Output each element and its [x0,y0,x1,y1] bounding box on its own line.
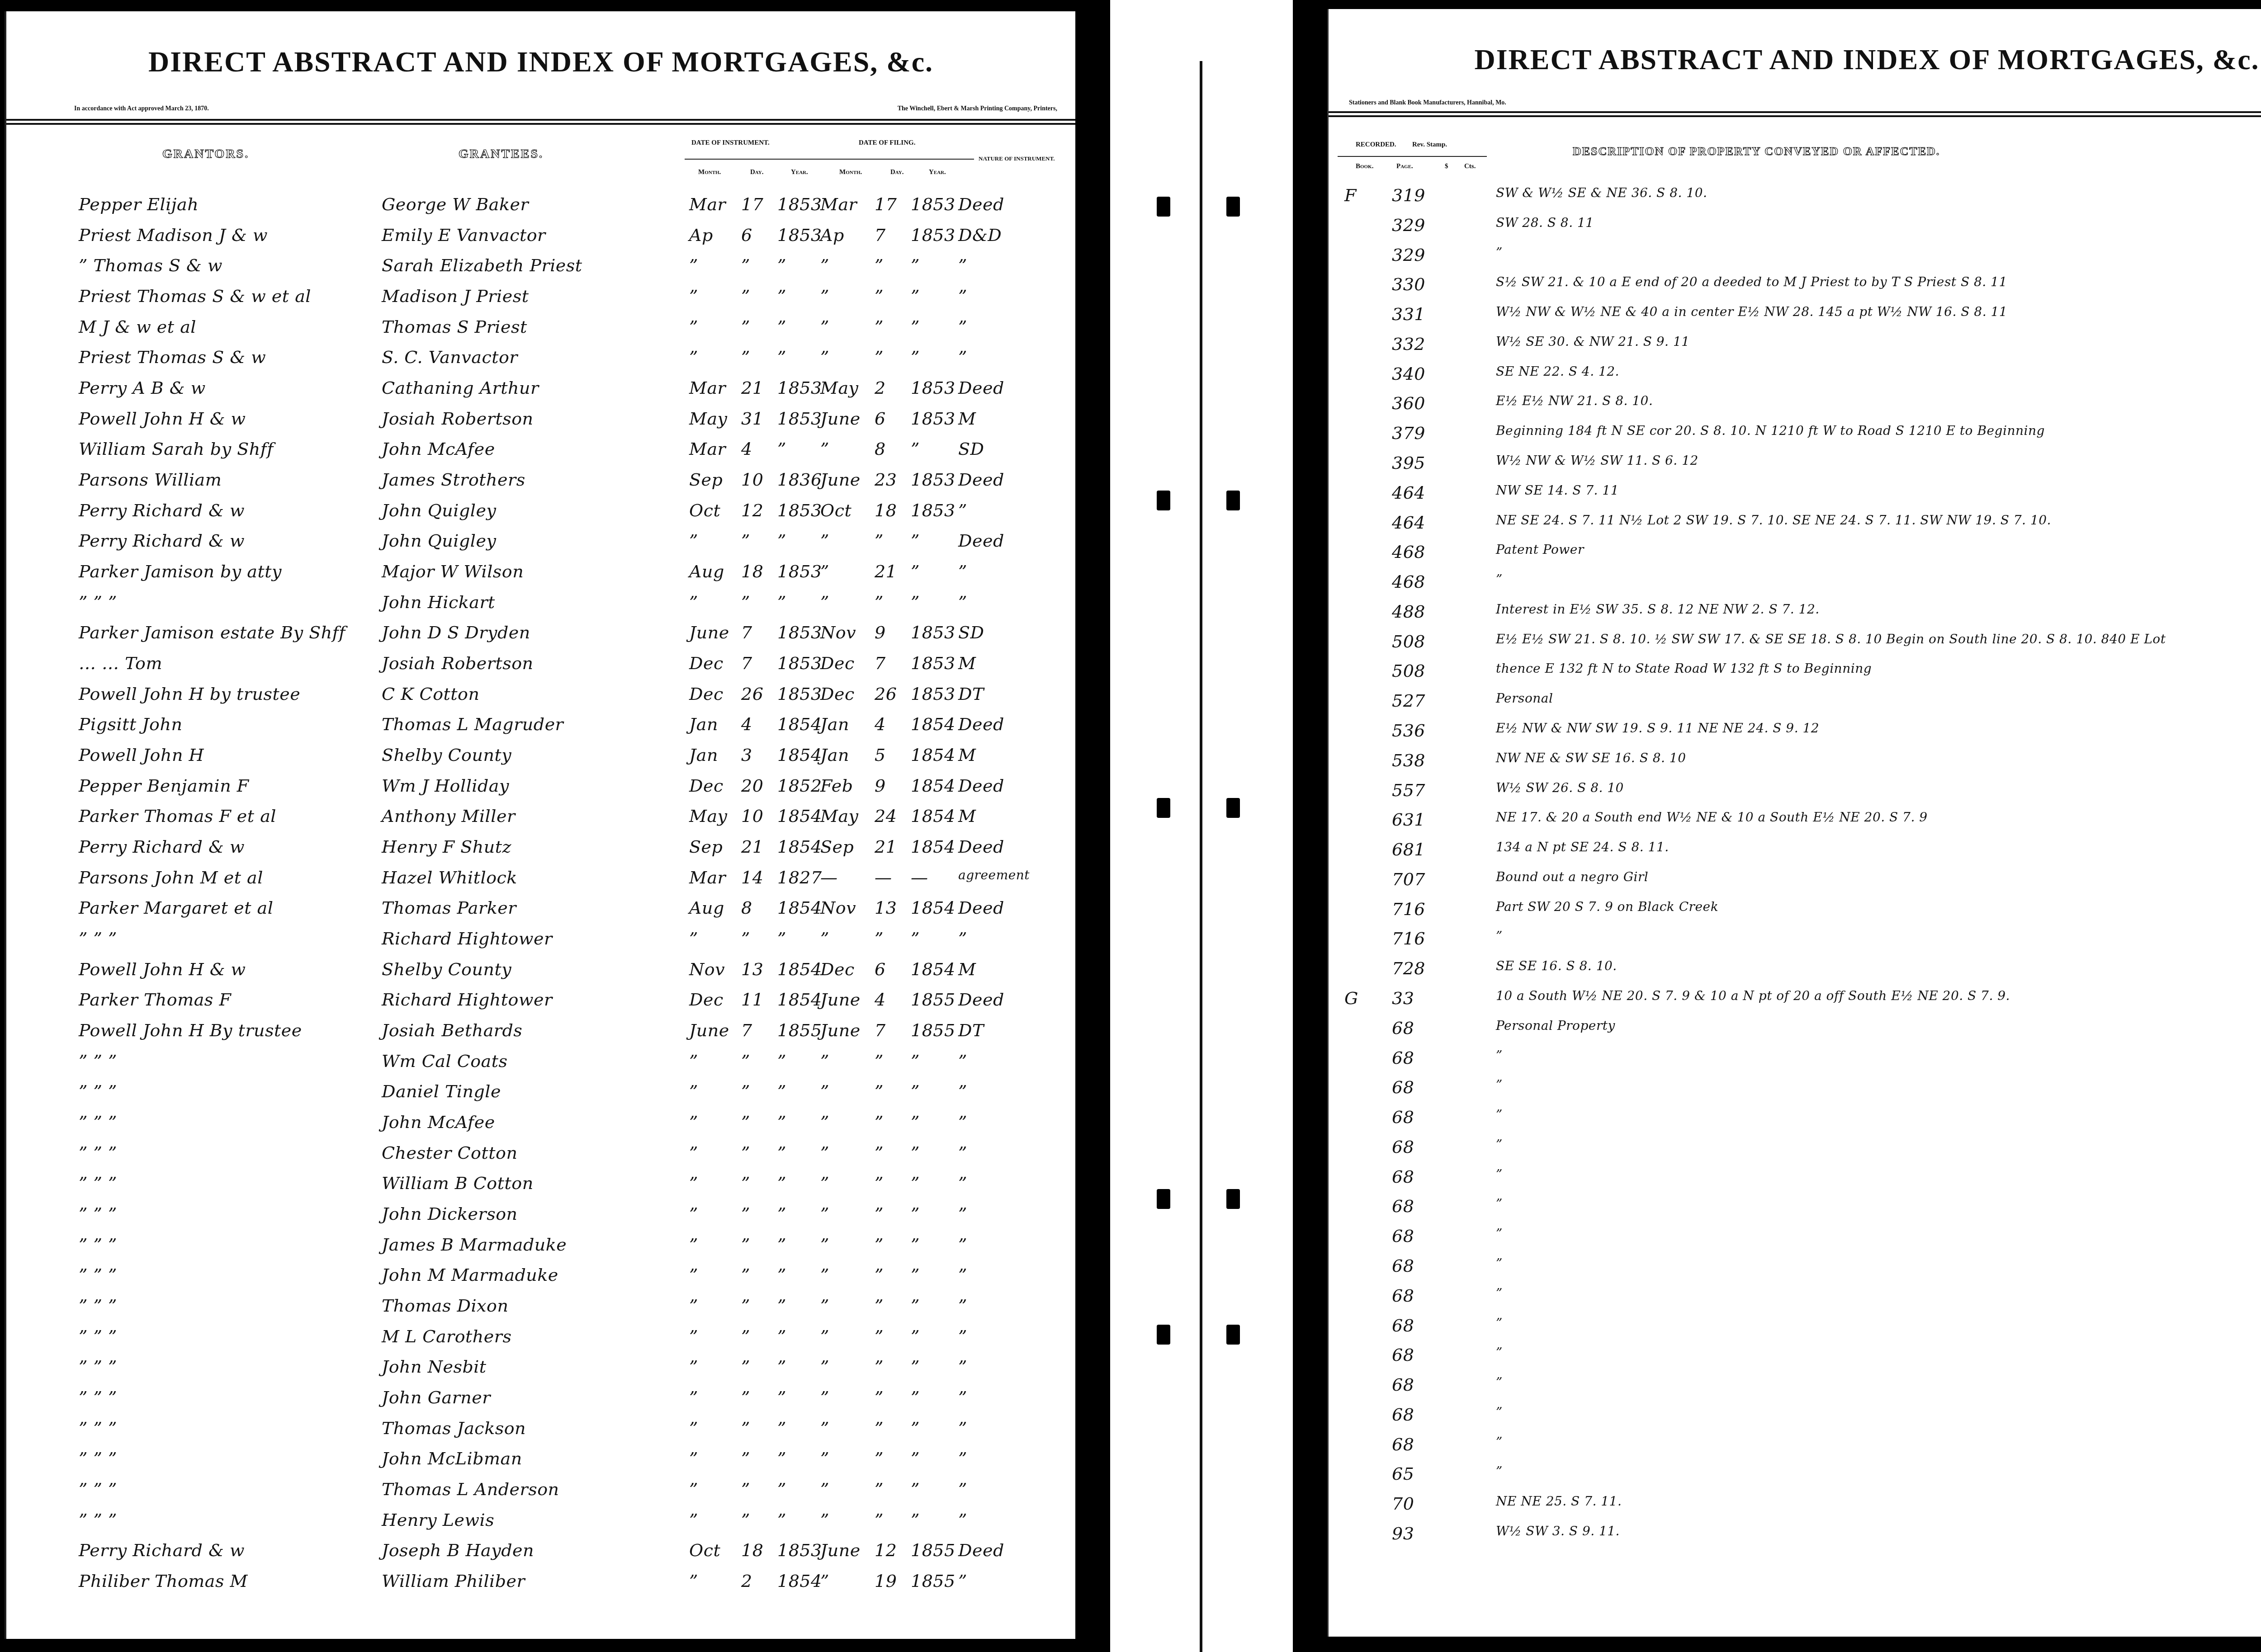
inst-year-cell: ” [777,1204,786,1224]
file-year-cell: ” [911,1510,920,1530]
table-row: Pigsitt JohnThomas L MagruderJan41854Jan… [6,714,1075,741]
file-year-cell: 1853 [911,225,955,245]
inst-day-cell: ” [741,1388,750,1407]
inst-day-cell: 7 [741,623,752,642]
table-row: 707Bound out a negro Girl [1329,869,2261,897]
file-month-cell: June [820,990,861,1010]
nature-cell: DT [958,684,984,704]
file-year-cell: ” [911,1235,920,1255]
file-month-cell: ” [820,1326,829,1346]
table-row: 68” [1329,1167,2261,1194]
file-day-cell: ” [875,929,884,949]
inst-year-cell: 1852 [777,776,822,796]
nature-cell: SD [958,623,984,642]
table-row: 330S½ SW 21. & 10 a E end of 20 a deeded… [1329,274,2261,302]
binding-hole [1157,1189,1170,1209]
inst-year-cell: ” [777,1510,786,1530]
grantee-cell: Josiah Robertson [382,409,534,429]
inst-month-cell: Jan [689,714,718,734]
table-row: 70NE NE 25. S 7. 11. [1329,1494,2261,1521]
table-row: ” ” ”William B Cotton””””””” [6,1173,1075,1200]
file-month-cell: ” [820,1418,829,1438]
nature-cell: ” [958,1112,967,1132]
file-month-cell: ” [820,1235,829,1255]
description-cell: NE NE 25. S 7. 11. [1496,1494,1622,1509]
file-year-cell: — [911,868,928,887]
file-day-cell: ” [875,1479,884,1499]
grantee-cell: James Strothers [382,470,525,490]
inst-month-cell: ” [689,286,698,306]
header-rules [1329,111,2261,119]
grantee-cell: Thomas S Priest [382,317,527,337]
inst-year-cell: ” [777,1479,786,1499]
grantor-cell: Parker Jamison estate By Shff [79,623,345,642]
table-row: Perry Richard & wJohn Quigley””””””Deed [6,531,1075,558]
page-cell: 379 [1392,423,1425,443]
grantee-cell: George W Baker [382,194,529,214]
page-cell: 65 [1392,1464,1414,1484]
file-day-cell: ” [875,1112,884,1132]
grantor-cell: Philiber Thomas M [79,1571,248,1591]
inst-year-cell: ” [777,439,786,459]
inst-year-cell: ” [777,1235,786,1255]
inst-day-cell: ” [741,1051,750,1071]
inst-month-cell: ” [689,1479,698,1499]
file-month-cell: ” [820,317,829,337]
page-cell: 68 [1392,1405,1414,1425]
page-cell: 468 [1392,542,1425,562]
file-month-cell: Mar [820,194,857,214]
table-row: Priest Thomas S & w et alMadison J Pries… [6,286,1075,313]
grantor-cell: ” ” ” [79,592,117,612]
inst-year-cell: 1853 [777,623,822,642]
inst-year-cell: 1836 [777,470,822,490]
inst-month-cell: Mar [689,378,726,398]
page-header: Page. [1396,163,1413,170]
description-cell: SW & W½ SE & NE 36. S 8. 10. [1496,185,1707,200]
inst-year-cell: ” [777,1143,786,1163]
inst-year-cell: 1853 [777,500,822,520]
file-day-cell: 5 [875,745,886,765]
grantor-cell: Pigsitt John [79,714,182,734]
grantor-cell: Pepper Benjamin F [79,776,249,796]
table-row: ” ” ”Chester Cotton””””””” [6,1143,1075,1170]
grantor-cell: Powell John H [79,745,204,765]
inst-year-cell: ” [777,1388,786,1407]
header-rules [6,119,1075,127]
inst-day-cell: 17 [741,194,763,214]
table-row: ” ” ”Wm Cal Coats””””””” [6,1051,1075,1078]
table-row: M J & w et alThomas S Priest””””””” [6,317,1075,344]
table-row: 360E½ E½ NW 21. S 8. 10. [1329,393,2261,420]
inst-year-cell: 1854 [777,898,822,918]
description-cell: ” [1496,1405,1503,1420]
file-day-cell: ” [875,1296,884,1316]
grantee-cell: John Nesbit [382,1357,487,1377]
table-row: ” ” ”John Hickart””””””” [6,592,1075,619]
inst-year-cell: 1853 [777,653,822,673]
grantor-cell: Parker Thomas F et al [79,806,276,826]
nature-cell: ” [958,1449,967,1468]
grantee-cell: Josiah Bethards [382,1020,522,1040]
file-year-cell: 1855 [911,1020,955,1040]
file-day-cell: 18 [875,500,897,520]
file-month-cell: Jan [820,745,849,765]
inst-day-cell: ” [741,255,750,275]
file-day-cell: ” [875,1449,884,1468]
grantor-cell: ” ” ” [79,1357,117,1377]
description-cell: ” [1496,1048,1503,1063]
description-cell: E½ E½ NW 21. S 8. 10. [1496,393,1653,408]
inst-year-cell: 1827 [777,868,822,887]
file-year-cell: 1855 [911,1540,955,1560]
date-of-filing-header: DATE OF FILING. [859,139,915,147]
file-year-cell: 1853 [911,409,955,429]
inst-month-cell: Aug [689,898,724,918]
table-row: 68” [1329,1048,2261,1075]
inst-day-cell: ” [741,286,750,306]
file-day-cell: 26 [875,684,897,704]
file-day-cell: 23 [875,470,897,490]
file-year-cell: ” [911,1173,920,1193]
binding-hole [1226,798,1240,818]
file-year-cell: ” [911,1357,920,1377]
page-cell: 464 [1392,483,1425,503]
page-cell: 70 [1392,1494,1414,1514]
table-row: G3310 a South W½ NE 20. S 7. 9 & 10 a N … [1329,988,2261,1015]
left-imprint-act: In accordance with Act approved March 23… [74,105,209,113]
page-cell: 68 [1392,1048,1414,1068]
file-day-cell: 17 [875,194,897,214]
inst-month-cell: May [689,806,728,826]
inst-day-cell: ” [741,1081,750,1101]
table-row: 557W½ SW 26. S 8. 10 [1329,780,2261,807]
description-cell: Part SW 20 S 7. 9 on Black Creek [1496,899,1718,914]
binding-hole [1226,1189,1240,1209]
inst-month-cell: May [689,409,728,429]
file-year-cell: ” [911,286,920,306]
page-cell: 68 [1392,1375,1414,1395]
grantor-cell: ” ” ” [79,1326,117,1346]
file-day-cell: 21 [875,837,897,857]
inst-year-cell: ” [777,255,786,275]
inst-year-cell: 1853 [777,1540,822,1560]
table-row: 68” [1329,1375,2261,1402]
description-cell: W½ NW & W½ SW 11. S 6. 12 [1496,453,1698,468]
inst-month-cell: ” [689,592,698,612]
description-cell: ” [1496,1345,1503,1360]
binding-hole [1226,197,1240,217]
file-month-cell: ” [820,1051,829,1071]
table-row: 68” [1329,1256,2261,1283]
description-cell: W½ SW 3. S 9. 11. [1496,1524,1620,1539]
grantee-cell: William B Cotton [382,1173,534,1193]
page-cell: 631 [1392,810,1425,830]
file-month-cell: ” [820,1112,829,1132]
grantee-cell: John Quigley [382,531,496,551]
nature-cell: ” [958,562,967,581]
file-day-cell: 6 [875,409,886,429]
file-day-cell: ” [875,317,884,337]
inst-day-cell: 7 [741,653,752,673]
table-row: ” Thomas S & wSarah Elizabeth Priest””””… [6,255,1075,283]
nature-cell: Deed [958,990,1004,1010]
grantor-cell: ” ” ” [79,1265,117,1285]
inst-day-cell: ” [741,592,750,612]
page-cell: 707 [1392,869,1425,889]
table-row: Perry Richard & wJohn QuigleyOct121853Oc… [6,500,1075,528]
file-month-cell: Ap [820,225,844,245]
date-divider [685,159,974,160]
table-row: ” ” ”Daniel Tingle””””””” [6,1081,1075,1109]
file-year-cell: 1853 [911,684,955,704]
inst-year-cell: ” [777,531,786,551]
file-day-cell: 2 [875,378,886,398]
table-row: 536E½ NW & NW SW 19. S 9. 11 NE NE 24. S… [1329,721,2261,748]
description-cell: ” [1496,1107,1503,1122]
file-day-cell: 4 [875,714,886,734]
inst-year-cell: 1853 [777,225,822,245]
page-cell: 68 [1392,1167,1414,1187]
inst-year-cell: ” [777,347,786,367]
book-cell: F [1344,185,1357,205]
inst-month-cell: ” [689,255,698,275]
description-cell: ” [1496,1196,1503,1211]
table-row: 716” [1329,929,2261,956]
grantor-cell: Powell John H By trustee [79,1020,302,1040]
file-year-cell: ” [911,1265,920,1285]
inst-day-cell: ” [741,929,750,949]
description-cell: ” [1496,572,1503,587]
inst-month-cell: ” [689,1326,698,1346]
page-cell: 68 [1392,1435,1414,1454]
grantee-cell: Shelby County [382,745,511,765]
file-year-cell: ” [911,317,920,337]
table-row: F319SW & W½ SE & NE 36. S 8. 10. [1329,185,2261,212]
file-month-cell: May [820,806,859,826]
grantee-cell: James B Marmaduke [382,1235,567,1255]
file-year-cell: 1854 [911,745,955,765]
inst-year-cell: ” [777,286,786,306]
grantee-cell: Hazel Whitlock [382,868,517,887]
file-year-cell: ” [911,1143,920,1163]
grantor-cell: Parker Margaret et al [79,898,273,918]
file-month-cell: ” [820,286,829,306]
table-row: 468” [1329,572,2261,599]
inst-year-cell: ” [777,1081,786,1101]
grantor-cell: Priest Thomas S & w [79,347,266,367]
file-year-cell: ” [911,1051,920,1071]
file-month-cell: ” [820,1204,829,1224]
file-day-cell: 12 [875,1540,897,1560]
grantor-cell: M J & w et al [79,317,196,337]
inst-year-cell: 1854 [777,959,822,979]
file-month-cell: ” [820,439,829,459]
inst-month-cell: Mar [689,439,726,459]
inst-day-cell: 21 [741,837,763,857]
inst-month-cell: Mar [689,194,726,214]
nature-cell: Deed [958,1540,1004,1560]
table-row: 68” [1329,1107,2261,1134]
grantee-cell: John Dickerson [382,1204,518,1224]
description-cell: 134 a N pt SE 24. S 8. 11. [1496,840,1669,854]
grantee-cell: Anthony Miller [382,806,516,826]
file-day-cell: ” [875,1510,884,1530]
file-month-cell: June [820,1020,861,1040]
right-imprint-stationers: Stationers and Blank Book Manufacturers,… [1349,99,1506,107]
inst-month-cell: ” [689,1051,698,1071]
description-cell: ” [1496,1435,1503,1449]
inst-year-cell: 1854 [777,745,822,765]
inst-year-cell: ” [777,1357,786,1377]
nature-cell: M [958,806,976,826]
book-cell: G [1344,988,1358,1008]
inst-year-cell: ” [777,592,786,612]
table-row: ” ” ”Thomas Jackson””””””” [6,1418,1075,1445]
file-year-cell: ” [911,1388,920,1407]
nature-cell: ” [958,1081,967,1101]
inst-day-cell: ” [741,531,750,551]
inst-year-cell: 1854 [777,990,822,1010]
grantor-cell: Powell John H by trustee [79,684,300,704]
table-row: Parsons WilliamJames StrothersSep101836J… [6,470,1075,497]
page-cell: 464 [1392,513,1425,533]
table-row: Powell John H & wShelby CountyNov131854D… [6,959,1075,986]
inst-day-cell: 13 [741,959,763,979]
file-day-cell: 9 [875,776,886,796]
grantee-cell: Richard Hightower [382,929,553,949]
nature-cell: Deed [958,470,1004,490]
description-cell: NW SE 14. S 7. 11 [1496,483,1619,498]
inst-month-cell: ” [689,347,698,367]
table-row: Powell John H By trusteeJosiah BethardsJ… [6,1020,1075,1048]
page-cell: 68 [1392,1107,1414,1127]
grantee-cell: William Philiber [382,1571,525,1591]
grantor-cell: Pepper Elijah [79,194,199,214]
page-cell: 68 [1392,1345,1414,1365]
description-cell: ” [1496,245,1503,260]
table-row: 93W½ SW 3. S 9. 11. [1329,1524,2261,1551]
inst-month-cell: June [689,1020,729,1040]
inst-year-cell: 1854 [777,837,822,857]
description-cell: ” [1496,929,1503,944]
file-month-cell: ” [820,1510,829,1530]
inst-day-cell: ” [741,1449,750,1468]
grantor-cell: Parker Jamison by atty [79,562,282,581]
inst-month-cell: ” [689,1296,698,1316]
file-year-cell: 1854 [911,806,955,826]
nature-cell: Deed [958,194,1004,214]
inst-year-cell: ” [777,1173,786,1193]
inst-day-cell: 6 [741,225,752,245]
grantor-cell: ” ” ” [79,1143,117,1163]
description-cell: Personal [1496,691,1553,706]
description-cell: W½ SW 26. S 8. 10 [1496,780,1624,795]
table-row: 68” [1329,1316,2261,1343]
inst-month-cell: ” [689,317,698,337]
inst-day-cell: ” [741,347,750,367]
file-year-cell: ” [911,255,920,275]
rev-stamp-header: Rev. Stamp. [1412,141,1447,149]
inst-year-cell: ” [777,1449,786,1468]
inst-day-header: Day. [750,169,763,176]
table-row: Powell John HShelby CountyJan31854Jan518… [6,745,1075,772]
inst-day-cell: ” [741,1479,750,1499]
file-month-cell: ” [820,255,829,275]
grantee-cell: John D S Dryden [382,623,530,642]
nature-cell: Deed [958,898,1004,918]
file-month-cell: Dec [820,959,855,979]
file-day-cell: ” [875,1143,884,1163]
table-row: ” ” ”Thomas Dixon””””””” [6,1296,1075,1323]
nature-cell: ” [958,1357,967,1377]
table-row: ” ” ”John McLibman””””””” [6,1449,1075,1476]
grantee-cell: S. C. Vanvactor [382,347,518,367]
page-cell: 395 [1392,453,1425,473]
table-row: 488Interest in E½ SW 35. S 8. 12 NE NW 2… [1329,602,2261,629]
nature-cell: ” [958,1418,967,1438]
file-day-cell: ” [875,1173,884,1193]
grantees-header: GRANTEES. [459,147,544,161]
nature-cell: ” [958,500,967,520]
file-year-cell: ” [911,1449,920,1468]
table-row: 728SE SE 16. S 8. 10. [1329,958,2261,986]
nature-cell: ” [958,286,967,306]
inst-month-cell: Oct [689,1540,720,1560]
file-year-cell: ” [911,531,920,551]
dollars-header: $ [1445,163,1448,170]
grantee-cell: Wm J Holliday [382,776,509,796]
grantor-cell: … … Tom [79,653,162,673]
nature-cell: ” [958,1051,967,1071]
table-row: 68” [1329,1196,2261,1223]
file-year-cell: 1855 [911,1571,955,1591]
file-year-cell: 1853 [911,194,955,214]
inst-year-cell: ” [777,1051,786,1071]
grantor-cell: ” ” ” [79,1081,117,1101]
description-cell: Bound out a negro Girl [1496,869,1648,884]
inst-day-cell: 11 [741,990,763,1010]
file-day-cell: 21 [875,562,897,581]
page-cell: 68 [1392,1018,1414,1038]
table-row: 68” [1329,1286,2261,1313]
file-year-header: Year. [929,169,946,176]
file-day-cell: ” [875,592,884,612]
inst-month-cell: ” [689,1571,698,1591]
table-row: Pepper ElijahGeorge W BakerMar171853Mar1… [6,194,1075,222]
table-row: Priest Thomas S & wS. C. Vanvactor””””””… [6,347,1075,374]
grantor-cell: Parker Thomas F [79,990,231,1010]
grantor-cell: Powell John H & w [79,959,246,979]
file-year-cell: ” [911,1081,920,1101]
grantee-cell: M L Carothers [382,1326,511,1346]
page-cell: 716 [1392,929,1425,949]
description-cell: SE NE 22. S 4. 12. [1496,364,1619,379]
page-cell: 93 [1392,1524,1414,1543]
nature-cell: ” [958,929,967,949]
inst-month-cell: ” [689,1143,698,1163]
page-cell: 68 [1392,1286,1414,1306]
file-month-header: Month. [839,169,862,176]
table-row: 329SW 28. S 8. 11 [1329,215,2261,242]
date-of-instrument-header: DATE OF INSTRUMENT. [691,139,770,147]
inst-day-cell: 12 [741,500,763,520]
table-row: ” ” ”Henry Lewis””””””” [6,1510,1075,1537]
grantors-header: GRANTORS. [162,147,249,161]
binding-hole [1157,1325,1170,1345]
gutter-fold-line [1200,61,1202,1652]
file-month-cell: — [820,868,838,887]
